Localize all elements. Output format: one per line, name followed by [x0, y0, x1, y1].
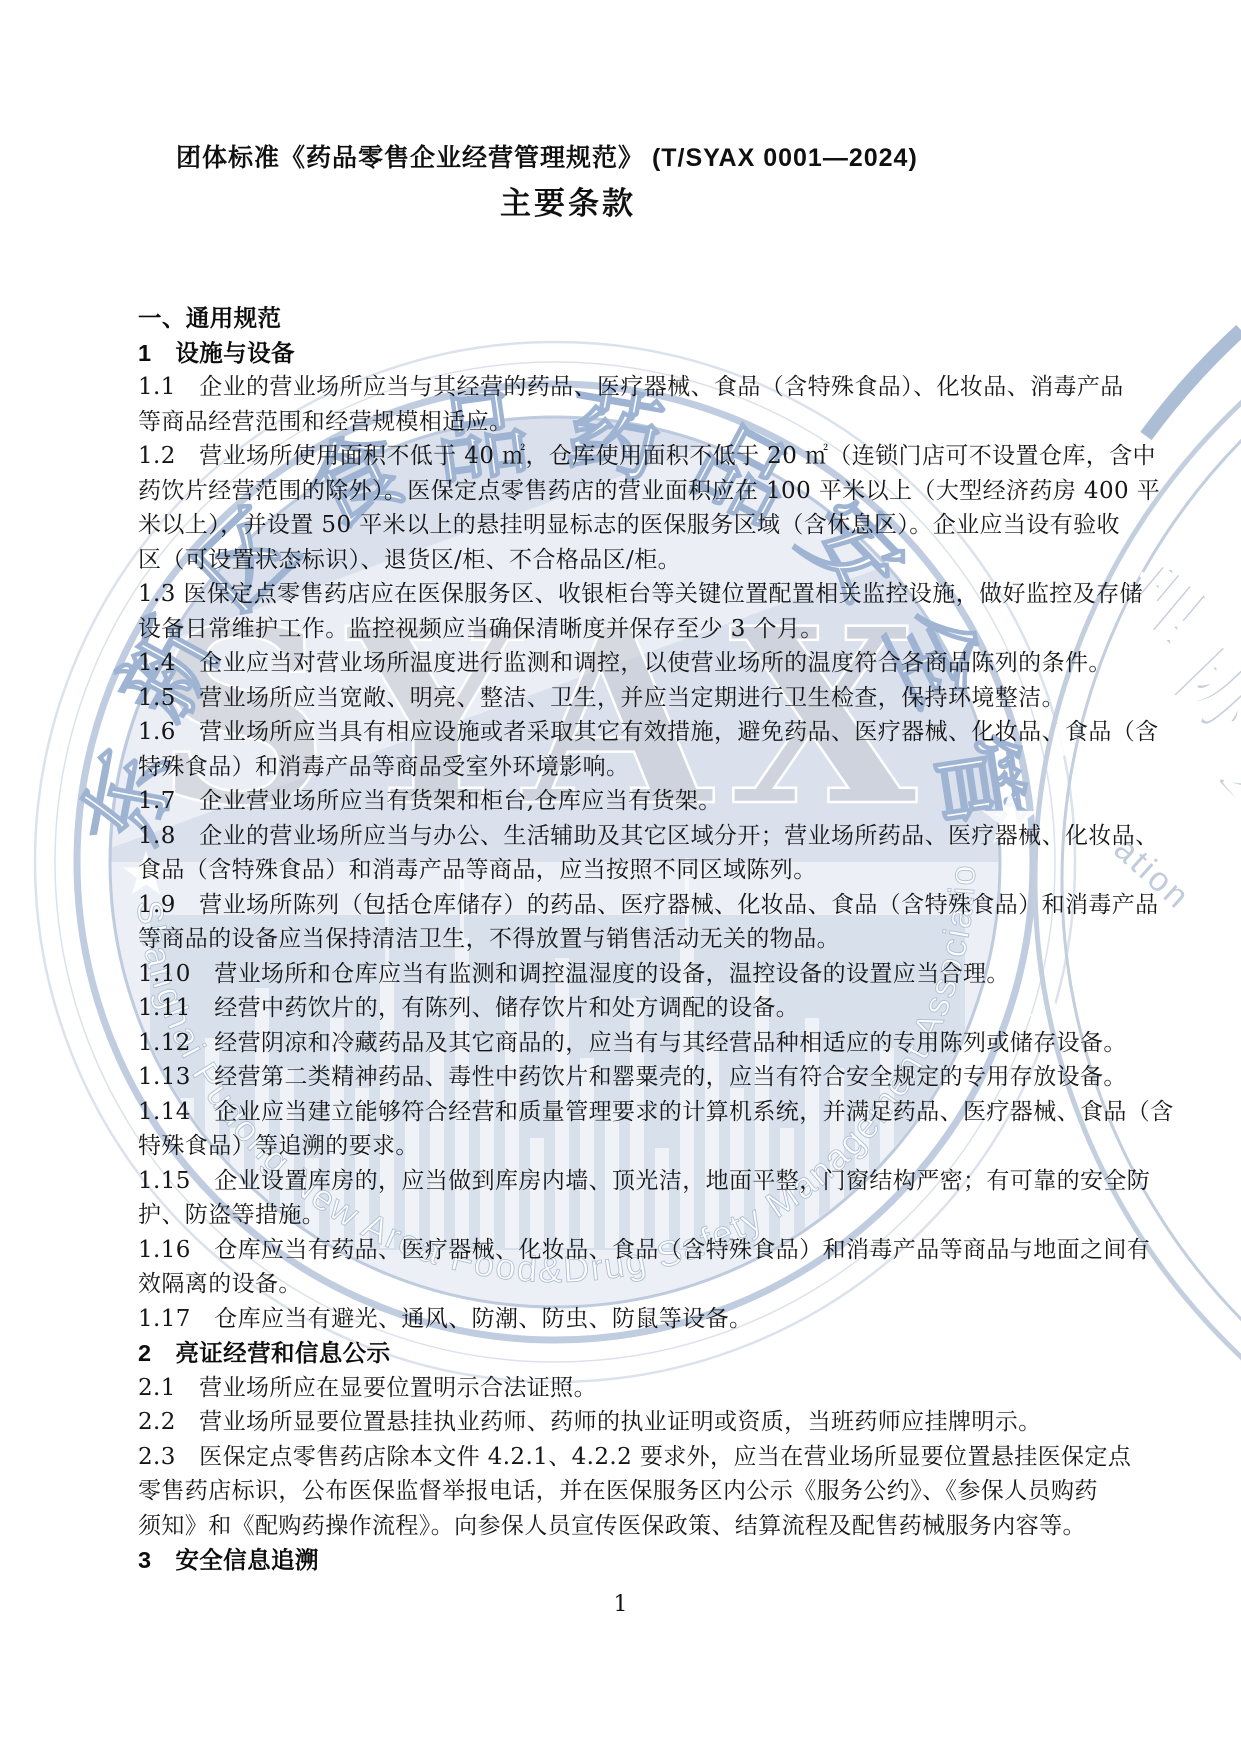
body-line: 特殊食品）等追溯的要求。	[138, 1131, 1123, 1161]
body-line: 1.13 经营第二类精神药品、毒性中药饮片和罂粟壳的，应当有符合安全规定的专用存…	[138, 1062, 1123, 1092]
body-line: 等商品经营范围和经营规模相适应。	[138, 407, 1123, 437]
body-line: 1.16 仓库应当有药品、医疗器械、化妆品、食品（含特殊食品）和消毒产品等商品与…	[138, 1235, 1123, 1265]
body-line: 3 安全信息追溯	[138, 1545, 1123, 1575]
body-line: 1.17 仓库应当有避光、通风、防潮、防虫、防鼠等设备。	[138, 1304, 1123, 1334]
body-line: 1.9 营业场所陈列（包括仓库储存）的药品、医疗器械、化妆品、食品（含特殊食品）…	[138, 890, 1123, 920]
body-line: 1.1 企业的营业场所应当与其经营的药品、医疗器械、食品（含特殊食品）、化妆品、…	[138, 372, 1123, 402]
body-line: 药饮片经营范围的除外）。医保定点零售药店的营业面积应在 100 平米以上（大型经…	[138, 476, 1123, 506]
body-line: 1 设施与设备	[138, 338, 1123, 368]
body-line: 1.2 营业场所使用面积不低于 40 ㎡，仓库使用面积不低于 20 ㎡（连锁门店…	[138, 441, 1123, 471]
document-subtitle: 主要条款	[138, 178, 998, 223]
body-line: 2 亮证经营和信息公示	[138, 1338, 1123, 1368]
body-line: 1.3 医保定点零售药店应在医保服务区、收银柜台等关键位置配置相关监控设施，做好…	[138, 579, 1123, 609]
body-line: 1.11 经营中药饮片的，有陈列、储存饮片和处方调配的设备。	[138, 993, 1123, 1023]
body-line: 1.8 企业的营业场所应当与办公、生活辅助及其它区域分开；营业场所药品、医疗器械…	[138, 821, 1123, 851]
body-line: 2.1 营业场所应在显要位置明示合法证照。	[138, 1373, 1123, 1403]
body-line: 设备日常维护工作。监控视频应当确保清晰度并保存至少 3 个月。	[138, 614, 1123, 644]
body-line: 食品（含特殊食品）和消毒产品等商品，应当按照不同区域陈列。	[138, 855, 1123, 885]
body-line: 米以上），并设置 50 平米以上的悬挂明显标志的医保服务区域（含休息区）。企业应…	[138, 510, 1123, 540]
body-line: 1.15 企业设置库房的，应当做到库房内墙、顶光洁，地面平整，门窗结构严密；有可…	[138, 1166, 1123, 1196]
body-line: 护、防盗等措施。	[138, 1200, 1123, 1230]
body-line: 1.5 营业场所应当宽敞、明亮、整洁、卫生，并应当定期进行卫生检查，保持环境整洁…	[138, 683, 1123, 713]
body-line: 2.2 营业场所显要位置悬挂执业药师、药师的执业证明或资质，当班药师应挂牌明示。	[138, 1407, 1123, 1437]
document-page: SYAX 东新区食品药品安全管理 Shanghai Pudong New Are…	[0, 0, 1241, 1754]
body-line: 一、通用规范	[138, 303, 1123, 333]
body-line: 1.10 营业场所和仓库应当有监测和调控温湿度的设备，温控设备的设置应当合理。	[138, 959, 1123, 989]
body-line: 等商品的设备应当保持清洁卫生，不得放置与销售活动无关的物品。	[138, 924, 1123, 954]
body-line: 1.14 企业应当建立能够符合经营和质量管理要求的计算机系统，并满足药品、医疗器…	[138, 1097, 1123, 1127]
body-line: 区（可设置状态标识）、退货区/柜、不合格品区/柜。	[138, 545, 1123, 575]
document-title: 团体标准《药品零售企业经营管理规范》 (T/SYAX 0001—2024)	[176, 138, 1076, 174]
body-line: 1.4 企业应当对营业场所温度进行监测和调控，以使营业场所的温度符合各商品陈列的…	[138, 648, 1123, 678]
body-line: 须知》和《配购药操作流程》。向参保人员宣传医保政策、结算流程及配售药械服务内容等…	[138, 1511, 1123, 1541]
body-line: 1.12 经营阴凉和冷藏药品及其它商品的，应当有与其经营品种相适应的专用陈列或储…	[138, 1028, 1123, 1058]
body-line: 1.7 企业营业场所应当有货架和柜台,仓库应当有货架。	[138, 786, 1123, 816]
body-line: 零售药店标识，公布医保监督举报电话，并在医保服务区内公示《服务公约》、《参保人员…	[138, 1476, 1123, 1506]
page-number: 1	[0, 1592, 1241, 1617]
body-line: 1.6 营业场所应当具有相应设施或者采取其它有效措施，避免药品、医疗器械、化妆品…	[138, 717, 1123, 747]
body-line: 效隔离的设备。	[138, 1269, 1123, 1299]
document-content: 团体标准《药品零售企业经营管理规范》 (T/SYAX 0001—2024) 主要…	[0, 0, 1241, 1754]
body-line: 特殊食品）和消毒产品等商品受室外环境影响。	[138, 752, 1123, 782]
body-line: 2.3 医保定点零售药店除本文件 4.2.1、4.2.2 要求外，应当在营业场所…	[138, 1442, 1123, 1472]
